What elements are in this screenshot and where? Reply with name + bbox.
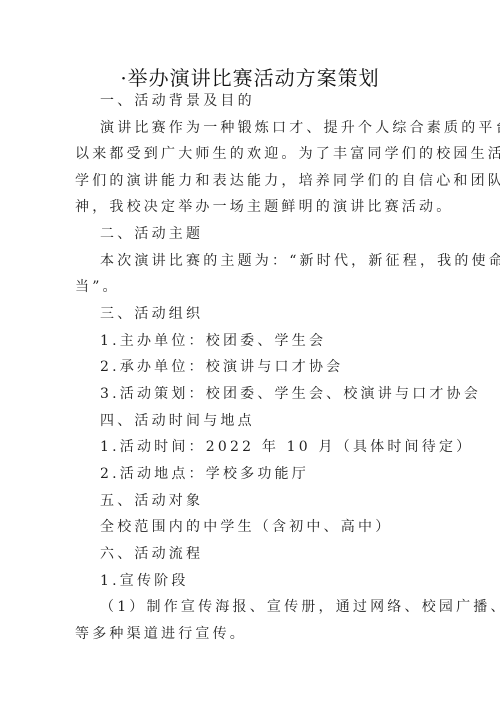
text-line: 学们的演讲能力和表达能力，培养同学们的自信心和团队协作精 — [75, 172, 425, 190]
text-line: 以来都受到广大师生的欢迎。为了丰富同学们的校园生活，提高同 — [75, 145, 425, 163]
text-line: 三、活动组织 — [100, 305, 450, 323]
text-line: 3.活动策划：校团委、学生会、校演讲与口才协会 — [100, 385, 450, 403]
text-line: 1.活动时间：2022 年 10 月（具体时间待定） — [100, 438, 450, 456]
text-line: 1.宣传阶段 — [100, 572, 450, 590]
text-line: 六、活动流程 — [100, 545, 450, 563]
text-line: （1）制作宣传海报、宣传册，通过网络、校园广播、班级通知 — [100, 598, 450, 616]
text-line: 本次演讲比赛的主题为：“新时代，新征程，我的使命与担 — [100, 252, 450, 270]
document-title: ·举办演讲比赛活动方案策划 — [0, 62, 500, 91]
text-line: 2.活动地点：学校多功能厅 — [100, 465, 450, 483]
text-line: 当”。 — [75, 278, 425, 296]
text-line: 全校范围内的中学生（含初中、高中） — [100, 518, 450, 536]
text-line: 一、活动背景及目的 — [100, 92, 450, 110]
text-line: 二、活动主题 — [100, 225, 450, 243]
text-line: 2.承办单位：校演讲与口才协会 — [100, 358, 450, 376]
text-line: 等多种渠道进行宣传。 — [75, 625, 425, 643]
text-line: 四、活动时间与地点 — [100, 412, 450, 430]
document-page: ·举办演讲比赛活动方案策划 一、活动背景及目的演讲比赛作为一种锻炼口才、提升个人… — [0, 0, 500, 707]
text-line: 1.主办单位：校团委、学生会 — [100, 332, 450, 350]
text-line: 五、活动对象 — [100, 492, 450, 510]
text-line: 演讲比赛作为一种锻炼口才、提升个人综合素质的平台，一直 — [100, 119, 450, 137]
text-line: 神，我校决定举办一场主题鲜明的演讲比赛活动。 — [75, 198, 425, 216]
